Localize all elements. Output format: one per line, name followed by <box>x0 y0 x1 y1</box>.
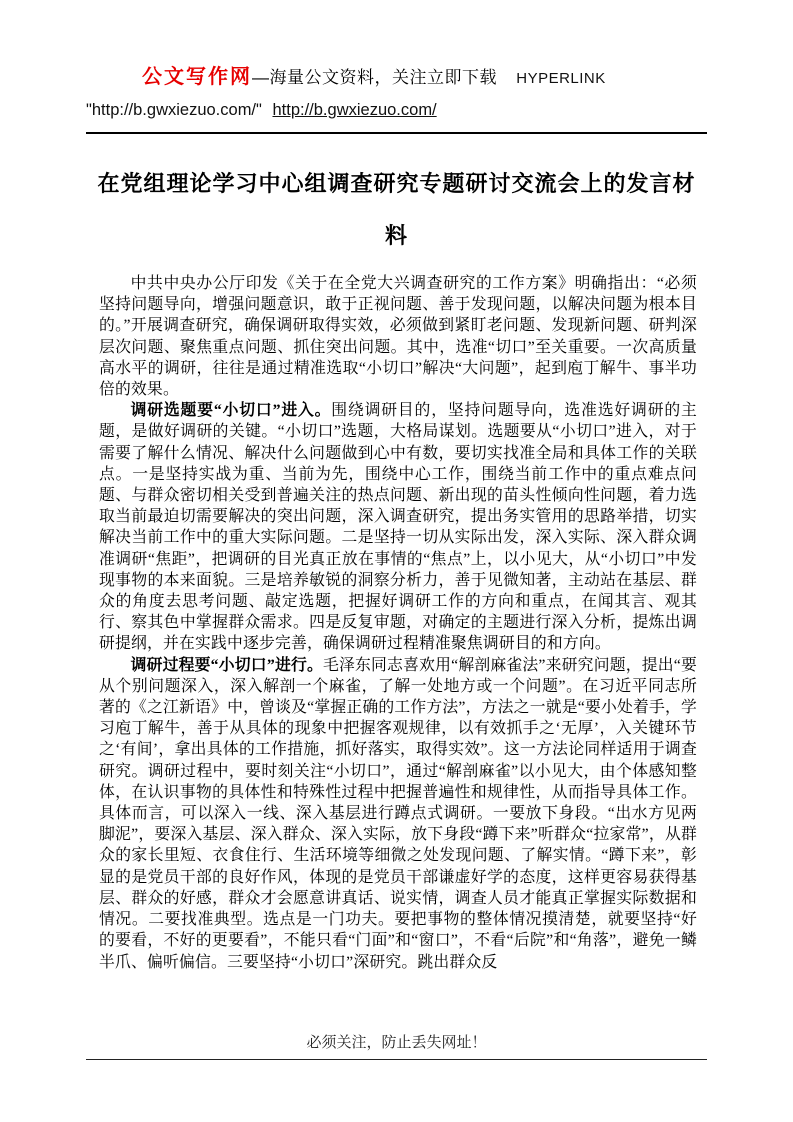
site-logo-text: 公文写作网 <box>142 66 252 88</box>
paragraph-text: 围绕调研目的，坚持问题导向，选准选好调研的主题，是做好调研的关键。“小切口”选题… <box>99 402 697 652</box>
site-url-link[interactable]: http://b.gwxiezuo.com/ <box>272 101 436 119</box>
paragraph-lead: 调研选题要“小切口”进入。 <box>131 402 332 419</box>
paragraph-text: 中共中央办公厅印发《关于在全党大兴调查研究的工作方案》明确指出：“必须坚持问题导… <box>99 275 697 398</box>
body-paragraph: 调研选题要“小切口”进入。围绕调研目的，坚持问题导向，选准选好调研的主题，是做好… <box>99 400 697 654</box>
footer-notice: 必须关注，防止丢失网址！ <box>306 1034 486 1051</box>
header-line-1: 公文写作网—海量公文资料，关注立即下载 HYPERLINK <box>86 60 707 89</box>
url-field-text: "http://b.gwxiezuo.com/" <box>86 101 262 119</box>
paragraph-text: 毛泽东同志喜欢用“解剖麻雀法”来研究问题，提出“要从个别问题深入，深入解剖一个麻… <box>99 657 697 971</box>
paragraph-lead: 调研过程要“小切口”进行。 <box>131 657 323 674</box>
header-tagline: —海量公文资料，关注立即下载 <box>252 68 497 87</box>
hyperlink-field-code: HYPERLINK <box>516 70 606 87</box>
page-header: 公文写作网—海量公文资料，关注立即下载 HYPERLINK "http://b.… <box>86 60 707 134</box>
header-line-2: "http://b.gwxiezuo.com/" http://b.gwxiez… <box>86 101 707 120</box>
body-paragraph: 中共中央办公厅印发《关于在全党大兴调查研究的工作方案》明确指出：“必须坚持问题导… <box>99 273 697 400</box>
body-paragraph: 调研过程要“小切口”进行。毛泽东同志喜欢用“解剖麻雀法”来研究问题，提出“要从个… <box>99 655 697 973</box>
document-title: 在党组理论学习中心组调查研究专题研讨交流会上的发言材料 <box>95 158 698 262</box>
document-body: 中共中央办公厅印发《关于在全党大兴调查研究的工作方案》明确指出：“必须坚持问题导… <box>99 273 697 973</box>
page-footer: 必须关注，防止丢失网址！ <box>86 1031 707 1060</box>
paragraph-list: 中共中央办公厅印发《关于在全党大兴调查研究的工作方案》明确指出：“必须坚持问题导… <box>99 273 697 973</box>
